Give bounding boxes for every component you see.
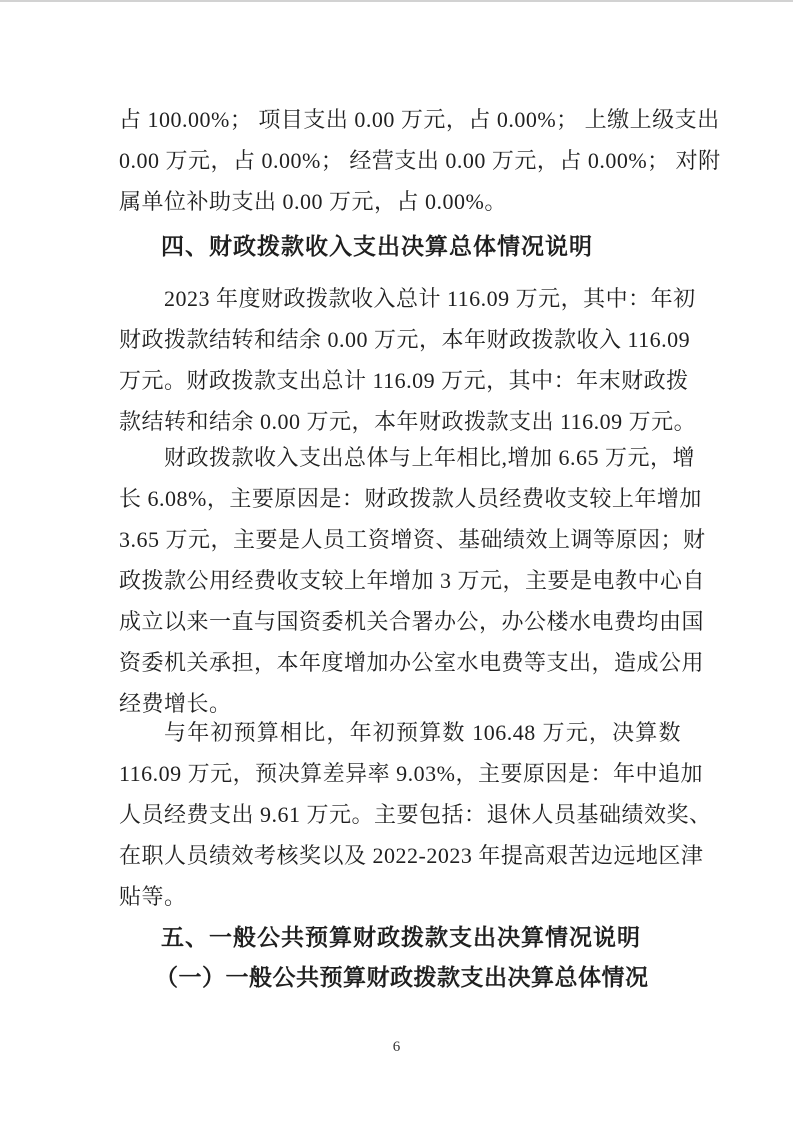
text-line: 与年初预算相比，年初预算数 106.48 万元，决算数 <box>119 712 681 753</box>
text-line: 2023 年度财政拨款收入总计 116.09 万元，其中：年初 <box>119 278 681 319</box>
page-number: 6 <box>0 1036 793 1058</box>
section-heading-5: 五、一般公共预算财政拨款支出决算情况说明 <box>119 917 681 958</box>
text-line: 万元。财政拨款支出总计 116.09 万元，其中：年末财政拨 <box>119 360 681 401</box>
text-line: 占 100.00%； 项目支出 0.00 万元，占 0.00%； 上缴上级支出 <box>119 99 681 140</box>
section-heading-4: 四、财政拨款收入支出决算总体情况说明 <box>119 226 681 267</box>
paragraph-appropriation-totals: 2023 年度财政拨款收入总计 116.09 万元，其中：年初 财政拨款结转和结… <box>119 278 681 442</box>
text-line: 成立以来一直与国资委机关合署办公，办公楼水电费均由国 <box>119 601 681 642</box>
text-line: 116.09 万元，预决算差异率 9.03%，主要原因是：年中追加 <box>119 753 681 794</box>
scan-top-edge-line <box>0 0 793 2</box>
paragraph-budget-expense-shares: 占 100.00%； 项目支出 0.00 万元，占 0.00%； 上缴上级支出 … <box>119 99 681 222</box>
document-page: 占 100.00%； 项目支出 0.00 万元，占 0.00%； 上缴上级支出 … <box>0 0 793 1122</box>
paragraph-yoy-comparison: 财政拨款收入支出总体与上年相比,增加 6.65 万元，增 长 6.08%，主要原… <box>119 437 681 724</box>
text-line: 财政拨款结转和结余 0.00 万元，本年财政拨款收入 116.09 <box>119 319 681 360</box>
text-line: 款结转和结余 0.00 万元，本年财政拨款支出 116.09 万元。 <box>119 401 681 442</box>
text-line: 在职人员绩效考核奖以及 2022-2023 年提高艰苦边远地区津 <box>119 835 681 876</box>
text-line: 资委机关承担，本年度增加办公室水电费等支出，造成公用 <box>119 642 681 683</box>
text-line: 3.65 万元，主要是人员工资增资、基础绩效上调等原因；财 <box>119 519 681 560</box>
text-line: 属单位补助支出 0.00 万元，占 0.00%。 <box>119 181 681 222</box>
text-line: 长 6.08%，主要原因是：财政拨款人员经费收支较上年增加 <box>119 478 681 519</box>
subsection-heading-5-1: （一）一般公共预算财政拨款支出决算总体情况 <box>119 957 681 998</box>
text-line: 贴等。 <box>119 876 681 917</box>
text-line: 0.00 万元，占 0.00%； 经营支出 0.00 万元，占 0.00%； 对… <box>119 140 681 181</box>
text-line: 政拨款公用经费收支较上年增加 3 万元，主要是电教中心自 <box>119 560 681 601</box>
text-line: 人员经费支出 9.61 万元。主要包括：退休人员基础绩效奖、 <box>119 794 681 835</box>
paragraph-budget-vs-final: 与年初预算相比，年初预算数 106.48 万元，决算数 116.09 万元，预决… <box>119 712 681 917</box>
text-line: 财政拨款收入支出总体与上年相比,增加 6.65 万元，增 <box>119 437 681 478</box>
